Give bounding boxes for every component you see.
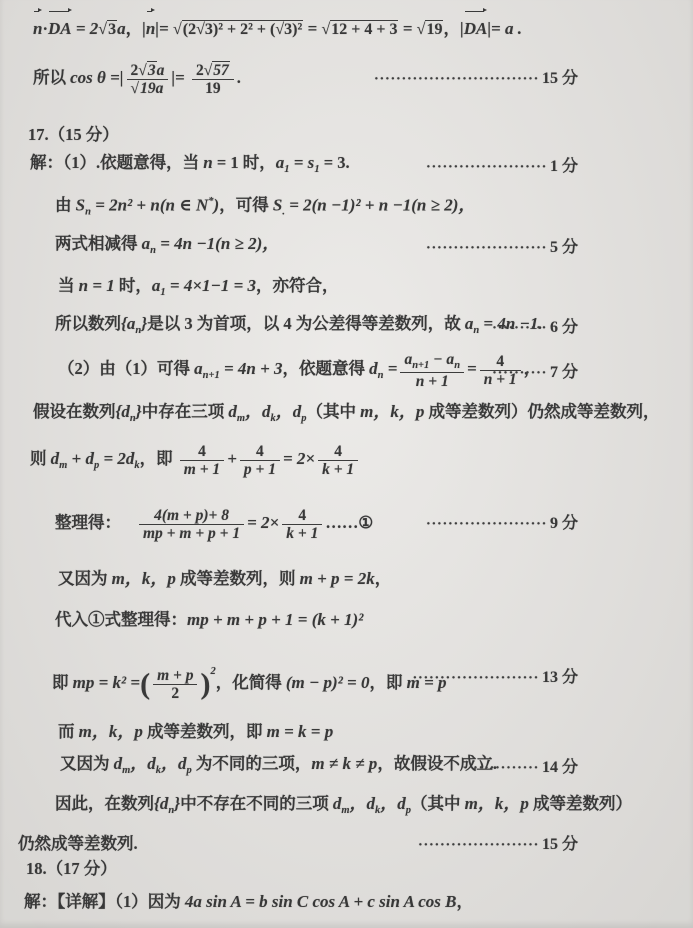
math-text: m ≠ k ≠ p bbox=[311, 754, 377, 773]
score-label: 7 分 bbox=[550, 364, 578, 381]
math-text: mp = k² = bbox=[73, 673, 140, 692]
cn-text: 当 bbox=[58, 276, 79, 295]
denominator: 2 bbox=[153, 684, 197, 702]
score-tag: ·······················13 分 bbox=[412, 646, 578, 710]
score-label: 14 分 bbox=[542, 759, 578, 776]
solution-line-vector: n·DA = 2√3a，|n|= √(2√3)² + 2² + (√3)² = … bbox=[0, 12, 693, 47]
cn-text: 即 bbox=[52, 673, 73, 692]
denominator: 19 bbox=[192, 79, 234, 97]
cn-text: ，即 bbox=[140, 449, 177, 468]
dot-leader: ············ bbox=[473, 760, 539, 776]
sqrt-sign: √ bbox=[173, 21, 182, 38]
sqrt-sign: √ bbox=[204, 62, 213, 79]
fraction: 4p + 1 bbox=[240, 443, 280, 478]
radicand: 19 bbox=[425, 20, 443, 38]
numerator: 4 bbox=[180, 443, 224, 460]
math-text: m，k，p bbox=[360, 402, 424, 421]
cn-text: 成等差数列，即 bbox=[143, 722, 267, 741]
score-tag: ······················9 分 bbox=[426, 495, 578, 553]
denominator: n + 1 bbox=[400, 372, 464, 390]
denominator: √19a bbox=[127, 79, 169, 97]
math-text: 2 bbox=[196, 62, 204, 79]
right-paren: ) bbox=[200, 667, 210, 700]
solution-line: 而 m，k，p 成等差数列，即 m = k = p bbox=[0, 718, 693, 747]
cn-text: 成等差数列） bbox=[529, 794, 632, 813]
sqrt-sign: √ bbox=[138, 62, 147, 79]
solution-line: 解：（1）.依题意得，当 n = 1 时，a1 = s1 = 3. ······… bbox=[0, 150, 693, 183]
solution-line: 解：【详解】（1）因为 4a sin A = b sin C cos A + c… bbox=[0, 888, 693, 917]
sqrt: √3 bbox=[138, 62, 156, 79]
dot-leader: ······················ bbox=[418, 837, 539, 853]
math-text: ，d bbox=[276, 402, 302, 421]
score-tag: ··········6 分 bbox=[492, 314, 578, 342]
cn-text: 所以数列 bbox=[55, 314, 121, 333]
cn-text: 代入①式整理得： bbox=[55, 610, 187, 629]
math-text: cos θ =| bbox=[70, 68, 123, 87]
comma: ， bbox=[457, 892, 474, 911]
score-label: 15 分 bbox=[542, 70, 578, 87]
cn-text: 时， bbox=[115, 276, 152, 295]
cn-text: 所以 bbox=[33, 68, 70, 87]
math-text: = bbox=[303, 19, 321, 38]
dot-leader: ······················ bbox=[426, 240, 547, 256]
math-text: mp + m + p + 1 = (k + 1)² bbox=[187, 610, 363, 629]
scanned-solution-page: n·DA = 2√3a，|n|= √(2√3)² + 2² + (√3)² = … bbox=[0, 0, 693, 928]
solution-line: 所以数列{an}是以 3 为首项，以 4 为公差得等差数列，故 an = 4n … bbox=[0, 310, 693, 345]
math-text: a bbox=[157, 62, 165, 79]
score-label: 5 分 bbox=[550, 239, 578, 256]
problem-18-header: 18.（17 分） bbox=[0, 856, 693, 883]
subscript: m bbox=[237, 413, 245, 424]
numerator: an+1 − an bbox=[400, 351, 464, 372]
sqrt: √19a bbox=[131, 80, 165, 97]
math-text: = bbox=[384, 359, 398, 378]
math-text: a bbox=[142, 234, 151, 253]
math-text: S bbox=[76, 195, 85, 214]
cn-text: 假设在数列 bbox=[33, 402, 116, 421]
subscript: n bbox=[454, 360, 460, 371]
sqrt: √19 bbox=[417, 13, 444, 47]
math-text: {d bbox=[154, 794, 168, 813]
math-text: + bbox=[227, 449, 237, 468]
problem-17-header: 17.（15 分） bbox=[0, 122, 693, 149]
math-text: (m − p)² = 0 bbox=[286, 673, 370, 692]
cn-text: 两式相减得 bbox=[55, 234, 142, 253]
sqrt: √57 bbox=[204, 62, 230, 79]
math-text: = 2n² + n(n ∈ N bbox=[91, 195, 208, 214]
subscript: n+1 bbox=[203, 370, 220, 381]
solution-line: 两式相减得 an = 4n −1(n ≥ 2)， ···············… bbox=[0, 230, 693, 265]
radicand: (2√3)² + 2² + (√3)² bbox=[182, 20, 304, 38]
score-tag: ······························15 分 bbox=[374, 53, 578, 105]
math-text: = 4n + 3 bbox=[220, 359, 283, 378]
math-text: a bbox=[276, 153, 285, 172]
radicand: 3 bbox=[147, 61, 157, 79]
denominator: m + 1 bbox=[180, 460, 224, 478]
dot-leader: ······················ bbox=[426, 516, 547, 532]
math-text: m，k，p bbox=[79, 722, 143, 741]
cn-text: 而 bbox=[58, 722, 79, 741]
math-text: m，k，p bbox=[112, 569, 176, 588]
math-text: S bbox=[273, 195, 282, 214]
math-text: = 2× bbox=[247, 513, 279, 532]
solution-line: 代入①式整理得：mp + m + p + 1 = (k + 1)² bbox=[0, 605, 693, 636]
cn-text: 是以 3 为首项，以 4 为公差得等差数列，故 bbox=[147, 314, 465, 333]
math-text: |= bbox=[171, 68, 189, 87]
math-text: d bbox=[114, 754, 123, 773]
cn-text: 为不同的三项， bbox=[192, 754, 312, 773]
math-text: ，d bbox=[161, 754, 187, 773]
score-label: 15 分 bbox=[542, 836, 578, 853]
numerator: 4(m + p)+ 8 bbox=[139, 507, 244, 524]
fraction: 2√5719 bbox=[192, 62, 234, 97]
solution-line: 因此，在数列{dn}中不存在不同的三项 dm，dk，dp（其中 m，k，p 成等… bbox=[0, 790, 693, 825]
math-text: = 2d bbox=[99, 449, 134, 468]
vector-da: DA bbox=[464, 12, 488, 46]
math-text: ，d bbox=[245, 402, 271, 421]
sqrt-sign: √ bbox=[321, 21, 330, 38]
math-text: d bbox=[369, 359, 378, 378]
fraction: 4k + 1 bbox=[282, 507, 322, 542]
solution-line: 假设在数列{dn}中存在三项 dm，dk，dp（其中 m，k，p 成等差数列）仍… bbox=[0, 398, 693, 433]
cn-text: （其中 bbox=[411, 794, 465, 813]
math-text: = 2 bbox=[72, 19, 99, 38]
numerator: m + p bbox=[153, 667, 197, 684]
problem-number: 17.（15 分） bbox=[28, 125, 119, 144]
equation-ref: ……① bbox=[325, 513, 373, 532]
cn-text: （其中 bbox=[306, 402, 360, 421]
cn-text: 中存在三项 bbox=[142, 402, 229, 421]
cn-text: ，化简得 bbox=[216, 673, 286, 692]
numerator: 4 bbox=[282, 507, 322, 524]
denominator: mp + m + p + 1 bbox=[139, 524, 244, 542]
fraction: 4m + 1 bbox=[180, 443, 224, 478]
vector-n: n bbox=[33, 12, 42, 46]
dot-leader: ·········· bbox=[492, 320, 547, 336]
fraction: an+1 − ann + 1 bbox=[400, 351, 464, 390]
math-text: = 2(n −1)² + n −1(n ≥ 2)， bbox=[285, 195, 475, 214]
denominator: p + 1 bbox=[240, 460, 280, 478]
vector-da: DA bbox=[48, 12, 72, 46]
score-label: 13 分 bbox=[542, 669, 578, 686]
score-label: 9 分 bbox=[550, 515, 578, 532]
math-text: n = 1 bbox=[79, 276, 115, 295]
math-text: = 4n −1(n ≥ 2)， bbox=[156, 234, 279, 253]
cn-text: ，可得 bbox=[219, 195, 273, 214]
sqrt: √3 bbox=[98, 13, 117, 47]
score-label: 1 分 bbox=[550, 158, 578, 175]
math-text: {a bbox=[121, 314, 135, 333]
fraction: m + p2 bbox=[153, 667, 197, 702]
math-text: a bbox=[194, 359, 203, 378]
cn-text: 整理得： bbox=[55, 513, 121, 532]
fraction: 4(m + p)+ 8mp + m + p + 1 bbox=[139, 507, 244, 542]
math-text: a bbox=[117, 19, 126, 38]
math-text: ，d bbox=[349, 794, 375, 813]
cn-text: 解：（1）.依题意得，当 bbox=[30, 153, 203, 172]
problem-number: 18.（17 分） bbox=[26, 859, 117, 878]
solution-line: 当 n = 1 时，a1 = 4×1−1 = 3，亦符合， bbox=[0, 272, 693, 307]
sqrt: √12 + 4 + 3 bbox=[321, 13, 398, 47]
score-label: 6 分 bbox=[550, 319, 578, 336]
cn-text: = 1 时， bbox=[213, 153, 276, 172]
solution-line: 由 Sn = 2n² + n(n ∈ N*)，可得 S. = 2(n −1)² … bbox=[0, 188, 693, 227]
comma: ， bbox=[375, 569, 392, 588]
radicand: 3 bbox=[107, 20, 117, 38]
math-text: + d bbox=[67, 449, 94, 468]
math-text: m + p = 2k bbox=[300, 569, 375, 588]
cn-text: ，亦符合， bbox=[256, 276, 339, 295]
solution-line: 即 mp = k² =(m + p2)2，化简得 (m − p)² = 0，即 … bbox=[0, 640, 693, 716]
sqrt: √(2√3)² + 2² + (√3)² bbox=[173, 13, 303, 47]
math-text: ，d bbox=[380, 794, 406, 813]
math-text: d bbox=[228, 402, 237, 421]
cn-text: 又因为 bbox=[60, 754, 114, 773]
score-tag: ······················5 分 bbox=[426, 234, 578, 262]
period: . bbox=[237, 68, 241, 87]
math-text: = s bbox=[290, 153, 315, 172]
cn-text: 解：【详解】（1）因为 bbox=[24, 892, 185, 911]
solution-line: 仍然成等差数列. ······················15 分 bbox=[0, 830, 693, 859]
math-text: m = k = p bbox=[267, 722, 334, 741]
numerator: 2√57 bbox=[192, 62, 234, 79]
sqrt-sign: √ bbox=[98, 21, 107, 38]
numerator: 4 bbox=[240, 443, 280, 460]
score-tag: ············14 分 bbox=[473, 754, 578, 782]
dot-leader: ·········· bbox=[492, 365, 547, 381]
math-text: 4a sin A = b sin C cos A + c sin A cos B bbox=[185, 892, 457, 911]
subscript: n+1 bbox=[412, 360, 429, 371]
math-text: d bbox=[51, 449, 60, 468]
cn-text: 中不存在不同的三项 bbox=[180, 794, 333, 813]
math-text: = 4×1−1 = 3 bbox=[166, 276, 256, 295]
solution-line: 整理得：4(m + p)+ 8mp + m + p + 1= 2×4k + 1…… bbox=[0, 494, 693, 553]
math-text: |= a . bbox=[487, 19, 522, 38]
score-tag: ······················15 分 bbox=[418, 831, 578, 859]
cn-text: 仍然成等差数列. bbox=[18, 834, 138, 853]
numerator: 2√3a bbox=[127, 62, 169, 79]
math-text: |= bbox=[155, 19, 173, 38]
fraction: 2√3a√19a bbox=[127, 62, 169, 97]
math-text: = bbox=[467, 359, 477, 378]
solution-line-costheta: 所以 cos θ =|2√3a√19a|= 2√5719. ··········… bbox=[0, 52, 693, 105]
radicand: 57 bbox=[212, 61, 230, 79]
cn-text: 成等差数列，则 bbox=[176, 569, 300, 588]
cn-text: 因此，在数列 bbox=[55, 794, 154, 813]
math-text: = bbox=[398, 19, 416, 38]
math-text: = 2× bbox=[283, 449, 315, 468]
score-tag: ··········7 分 bbox=[492, 346, 578, 400]
math-text: − a bbox=[429, 351, 454, 368]
dot-leader: ······················ bbox=[426, 159, 547, 175]
cn-text: ，依题意得 bbox=[283, 359, 370, 378]
vector-n: n bbox=[146, 12, 155, 46]
cn-text: 成等差数列）仍然成等差数列， bbox=[424, 402, 659, 421]
cn-text: ，即 bbox=[369, 673, 406, 692]
score-tag: ······················1 分 bbox=[426, 154, 578, 180]
cn-text: （2）由（1）可得 bbox=[58, 359, 194, 378]
solution-line: 又因为 m，k，p 成等差数列，则 m + p = 2k， bbox=[0, 565, 693, 594]
solution-line: 又因为 dm，dk，dp 为不同的三项，m ≠ k ≠ p，故假设不成立. ··… bbox=[0, 750, 693, 785]
radicand: 19a bbox=[139, 79, 164, 97]
solution-line: 则 dm + dp = 2dk，即 4m + 1+4p + 1= 2×4k + … bbox=[0, 432, 693, 493]
fraction: 4k + 1 bbox=[318, 443, 358, 478]
solution-line: （2）由（1）可得 an+1 = 4n + 3，依题意得 dn =an+1 − … bbox=[0, 342, 693, 403]
radicand: 12 + 4 + 3 bbox=[330, 20, 398, 38]
math-text: = 3. bbox=[320, 153, 350, 172]
denominator: k + 1 bbox=[282, 524, 322, 542]
sqrt-sign: √ bbox=[131, 80, 140, 97]
math-text: {d bbox=[116, 402, 130, 421]
numerator: 4 bbox=[318, 443, 358, 460]
cn-text: 则 bbox=[30, 449, 51, 468]
denominator: k + 1 bbox=[318, 460, 358, 478]
left-paren: ( bbox=[140, 667, 150, 700]
cn-text: 又因为 bbox=[58, 569, 112, 588]
cn-text: 由 bbox=[55, 195, 76, 214]
dot-leader: ······························ bbox=[374, 71, 539, 87]
comma: ， bbox=[126, 19, 143, 38]
math-text: ，d bbox=[130, 754, 156, 773]
math-text: n bbox=[203, 153, 212, 172]
comma: ， bbox=[443, 19, 460, 38]
dot-leader: ······················· bbox=[412, 670, 539, 686]
math-text: m，k，p bbox=[465, 794, 529, 813]
